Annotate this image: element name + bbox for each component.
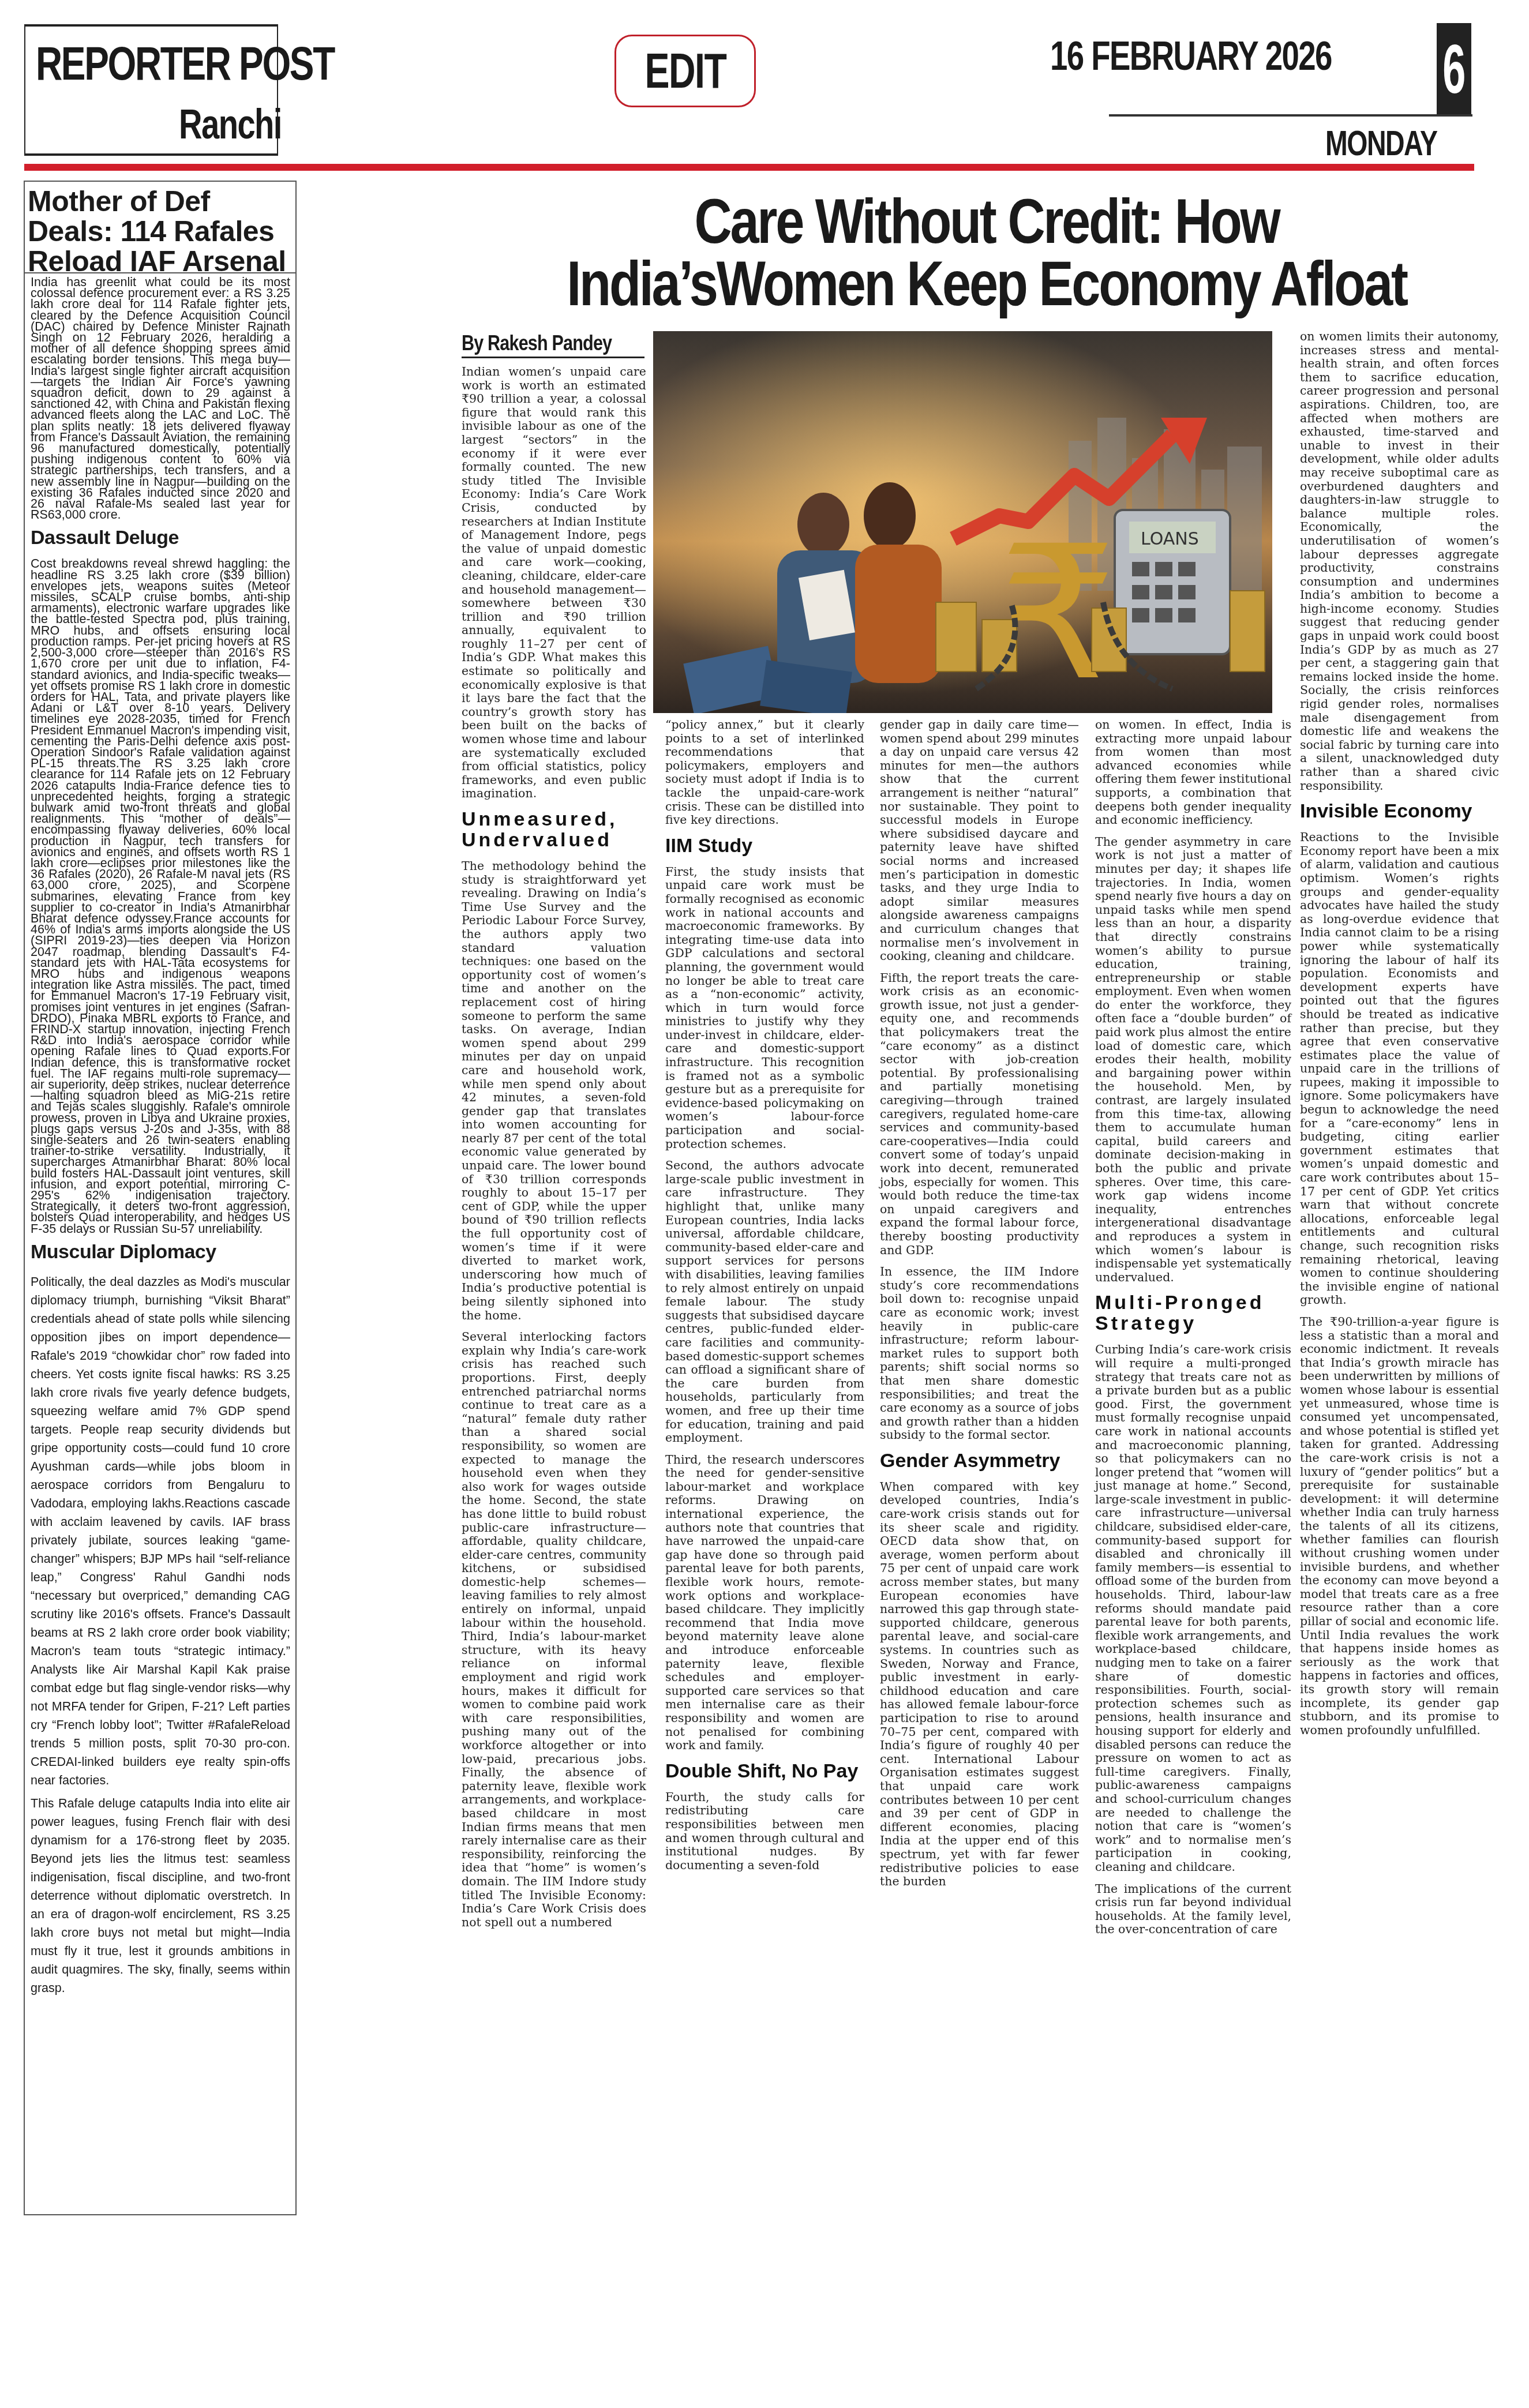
main-column-3: gender gap in daily care time—women spen… (880, 718, 1079, 1897)
col4-para-4: The implications of the current crisis r… (1095, 1882, 1291, 1937)
byline-underline (462, 357, 644, 358)
col3-para-3: In essence, the IIM Indore study’s core … (880, 1265, 1079, 1442)
main-column-1: Indian women’s unpaid care work is worth… (462, 365, 646, 1937)
issue-date: 16 FEBRUARY 2026 (1050, 36, 1332, 76)
hero-image: ₹ LOANS (653, 331, 1272, 713)
left-headline-divider (24, 272, 297, 273)
left-intro: India has greenlit what could be its mos… (31, 277, 290, 520)
col4-para-1: on women. In effect, India is extracting… (1095, 718, 1291, 827)
masthead-red-rule (24, 164, 1474, 171)
col3-para-1: gender gap in daily care time—women spen… (880, 718, 1079, 963)
subheading-gender-asymmetry: Gender Asymmetry (880, 1450, 1079, 1471)
main-headline-line1: Care Without Credit: How (556, 190, 1417, 253)
left-story-body: India has greenlit what could be its mos… (31, 277, 290, 2002)
left-subheading-diplomacy: Muscular Diplomacy (31, 1241, 290, 1262)
calculator-label: LOANS (1141, 529, 1199, 549)
main-headline: Care Without Credit: How India’sWomen Ke… (462, 190, 1512, 315)
main-column-4: on women. In effect, India is extracting… (1095, 718, 1291, 1945)
col3-para-2: Fifth, the report treats the care-work c… (880, 972, 1079, 1257)
hero-illustration: ₹ LOANS (653, 331, 1272, 713)
byline: By Rakesh Pandey (462, 331, 612, 355)
subheading-multi-pronged: Multi-Pronged Strategy (1095, 1292, 1291, 1334)
left-section2-body: Politically, the deal dazzles as Modi's … (31, 1273, 290, 1790)
subheading-unmeasured: Unmeasured, Undervalued (462, 809, 646, 850)
left-closing: This Rafale deluge catapults India into … (31, 1794, 290, 1997)
col5-para-2: Reactions to the Invisible Economy repor… (1300, 831, 1499, 1307)
col3-para-4: When compared with key developed countri… (880, 1480, 1079, 1889)
col2-para-2: First, the study insists that unpaid car… (665, 865, 864, 1151)
subheading-double-shift: Double Shift, No Pay (665, 1761, 864, 1781)
publication-title: REPORTER POST (36, 40, 334, 88)
col2-para-5: Fourth, the study calls for redistributi… (665, 1791, 864, 1873)
col2-para-1: “policy annex,” but it clearly points to… (665, 718, 864, 827)
col2-para-3: Second, the authors advocate large-scale… (665, 1159, 864, 1445)
col1-para-3: Several interlocking factors explain why… (462, 1330, 646, 1929)
left-section1-body: Cost breakdowns reveal shrewd haggling: … (31, 558, 290, 1234)
main-column-2: “policy annex,” but it clearly points to… (665, 718, 864, 1880)
col5-para-3: The ₹90-trillion-a-year figure is less a… (1300, 1315, 1499, 1737)
main-headline-line2: India’sWomen Keep Economy Afloat (556, 253, 1417, 315)
section-badge: EDIT (614, 35, 756, 107)
col4-para-3: Curbing India’s care-work crisis will re… (1095, 1343, 1291, 1874)
col2-para-4: Third, the research underscores the need… (665, 1453, 864, 1753)
col1-para-1: Indian women’s unpaid care work is worth… (462, 365, 646, 801)
page-number-badge: 6 (1437, 23, 1471, 115)
issue-day: MONDAY (1325, 126, 1437, 162)
col4-para-2: The gender asymmetry in care work is not… (1095, 835, 1291, 1285)
date-divider (1109, 114, 1472, 117)
col1-para-2: The methodology behind the study is stra… (462, 860, 646, 1322)
subheading-iim-study: IIM Study (665, 835, 864, 856)
woman-figure (864, 482, 916, 549)
left-subheading-dassault: Dassault Deluge (31, 527, 290, 548)
edition-city: Ranchi (179, 104, 282, 145)
left-story-headline: Mother of Def Deals: 114 Rafales Reload … (28, 186, 293, 276)
page-number: 6 (1442, 29, 1466, 109)
subheading-invisible-economy: Invisible Economy (1300, 801, 1499, 822)
col5-para-1: on women limits their autonomy, increase… (1300, 330, 1499, 793)
man-figure (797, 493, 849, 556)
main-column-5: on women limits their autonomy, increase… (1300, 330, 1499, 1745)
section-label: EDIT (644, 43, 726, 100)
